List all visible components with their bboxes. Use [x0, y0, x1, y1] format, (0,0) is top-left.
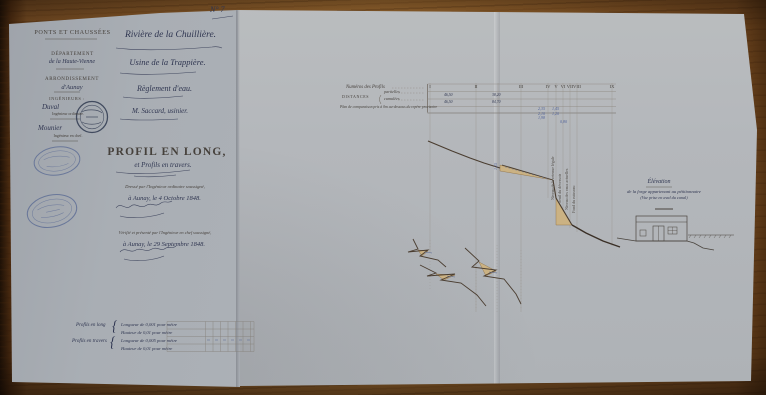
ground-line: [617, 238, 714, 250]
partielles-label: partielles: [384, 90, 400, 95]
weir-annotation-3: Niveau des eaux actuelles: [565, 152, 570, 210]
ground-hatching: [689, 235, 731, 238]
subtitle: et Profils en travers.: [98, 161, 228, 169]
title-petitioner: M. Saccard, usinier.: [100, 107, 220, 115]
main-title: PROFIL EN LONG,: [92, 146, 242, 159]
engineer2-title: Ingénieur en chef.: [28, 134, 108, 139]
verifie-date: à Aunay, le 29 Septembre 1848.: [90, 241, 238, 248]
title-reglement: Règlement d'eau.: [102, 84, 227, 93]
dresse-statement: Dressé par l'Ingénieur ordinaire soussig…: [90, 184, 240, 189]
oval-ink-stamp-2: [24, 190, 80, 232]
page-number-underline: [212, 16, 233, 19]
weir-annotation-1: Niveau de la retenue légale: [551, 142, 556, 200]
engineer2-name: Mounier: [38, 124, 62, 132]
departement-label: DÉPARTEMENT: [30, 52, 115, 58]
numeros-label: Numéros des Profils: [346, 85, 385, 91]
weir-annotation-4: Fond du ruisseau: [572, 158, 577, 213]
profile-number: III: [516, 84, 526, 89]
title-river: Rivière de la Chuillière.: [98, 30, 243, 41]
scales-brace-2: {: [110, 334, 115, 351]
oval-ink-stamp-1: [32, 144, 81, 178]
page-number: N° 7: [210, 5, 225, 14]
scales-row2: Hauteur de 0,01 pour mètre: [121, 330, 172, 335]
photographed-document: N° 7 PONTS ET CHAUSSÉES DÉPARTEMENT de l…: [0, 0, 766, 395]
elevation-caption-2: de la forge appartenant au pétitionnaire: [608, 189, 720, 194]
cumulative-value: 84,70: [492, 100, 501, 104]
scales-group2-label: Profils en travers: [72, 339, 107, 345]
weir-annotation-2: Seuil du déversoir: [558, 148, 563, 203]
profile-number: II: [471, 84, 481, 89]
cumulees-label: cumulées: [384, 97, 400, 102]
dresse-date: à Aunay, le 4 Octobre 1848.: [92, 195, 237, 202]
handwriting-flourishes: [116, 16, 233, 261]
window-left: [640, 230, 646, 236]
verifie-statement: Vérifié et présenté par l'Ingénieur en c…: [86, 230, 244, 235]
arrondissement-label: ARRONDISSEMENT: [28, 77, 116, 83]
cross-sections: [408, 239, 521, 306]
weir-note: 1,25: [494, 146, 499, 170]
cumulative-value: 46,50: [444, 100, 453, 104]
engineers-heading: INGÉNIEURS :: [32, 96, 102, 101]
elevation-title: Élévation: [630, 179, 688, 186]
scales-row1: Longueur de 0,001 pour mètre: [121, 322, 177, 327]
scales-table-grid: [167, 322, 254, 352]
scales-group1-label: Profils en long: [76, 323, 106, 329]
engineer1-title: Ingénieur ordinaire.: [28, 112, 108, 117]
distance-value: 46,50: [444, 93, 453, 97]
profile-number: VIII: [572, 84, 582, 89]
title-usine: Usine de la Trappière.: [100, 58, 235, 68]
elevation-caption-3: (Vue prise en aval du canal): [616, 196, 712, 201]
profile-number: I: [425, 84, 435, 89]
plan-comparaison-label: Plan de comparaison pris à 0m au-dessous…: [340, 105, 470, 109]
distance-value: 38,20: [492, 93, 501, 97]
elevation-figures-2: 1,45 1,20: [552, 107, 559, 116]
longitudinal-profile: [428, 141, 620, 247]
profile-number: IX: [607, 84, 617, 89]
distances-label: DISTANCES: [342, 95, 369, 100]
scales-row4: Hauteur de 0,01 pour mètre: [121, 346, 172, 351]
engineer1-name: Duval: [42, 103, 59, 111]
elevation-figures-1: 2,35 2,10 1,98: [538, 107, 545, 121]
scales-row3: Longueur de 0,005 pour mètre: [121, 338, 177, 343]
elevation-figures-3: 0,80: [560, 120, 567, 125]
